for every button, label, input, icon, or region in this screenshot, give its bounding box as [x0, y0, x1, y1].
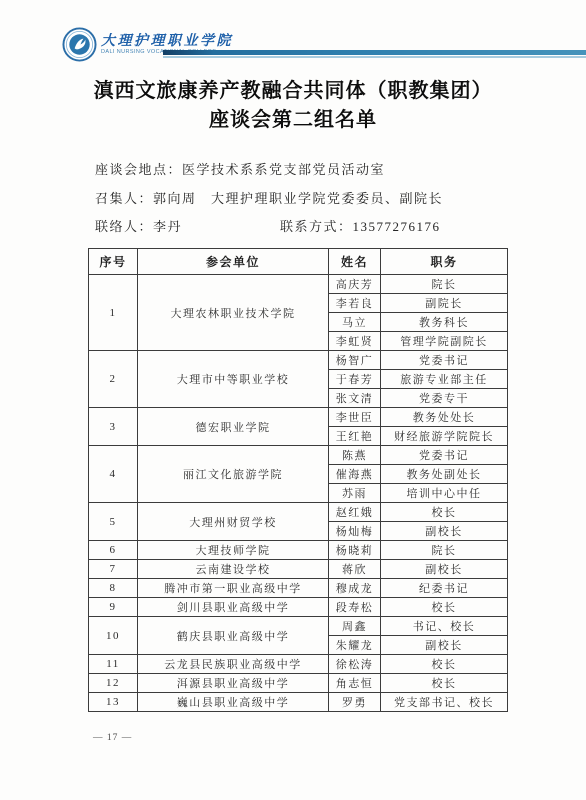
name-cell: 陈燕 — [329, 446, 381, 465]
unit-cell: 大理技师学院 — [138, 541, 329, 560]
table-row: 12洱源县职业高级中学角志恒校长 — [89, 674, 508, 693]
convener-line: 召集人：郭向周 大理护理职业学院党委委员、副院长 — [95, 185, 535, 214]
name-cell: 李若良 — [329, 294, 381, 313]
table-row: 3德宏职业学院李世臣教务处处长 — [89, 408, 508, 427]
header-rule-bar-light — [163, 56, 586, 58]
unit-cell: 洱源县职业高级中学 — [138, 674, 329, 693]
liaison-line: 联络人：李丹 联系方式：13577276176 — [95, 213, 535, 242]
name-cell: 赵红娥 — [329, 503, 381, 522]
roster-table-header: 序号 参会单位 姓名 职务 — [89, 249, 508, 275]
name-cell: 于春芳 — [329, 370, 381, 389]
name-cell: 张文清 — [329, 389, 381, 408]
title-cell: 副院长 — [381, 294, 508, 313]
title-cell: 校长 — [381, 655, 508, 674]
roster-table-body: 1大理农林职业技术学院高庆芳院长李若良副院长马立教务科长李虹贤管理学院副院长2大… — [89, 275, 508, 712]
title-line-1: 滇西文旅康养产教融合共同体（职教集团） — [0, 77, 586, 106]
title-cell: 校长 — [381, 503, 508, 522]
title-cell: 副校长 — [381, 636, 508, 655]
name-cell: 王红艳 — [329, 427, 381, 446]
name-cell: 穆成龙 — [329, 579, 381, 598]
name-cell: 朱耀龙 — [329, 636, 381, 655]
serial-cell: 1 — [89, 275, 138, 351]
name-cell: 徐松涛 — [329, 655, 381, 674]
title-cell: 教务处副处长 — [381, 465, 508, 484]
title-cell: 旅游专业部主任 — [381, 370, 508, 389]
table-row: 13巍山县职业高级中学罗勇党支部书记、校长 — [89, 693, 508, 712]
unit-cell: 丽江文化旅游学院 — [138, 446, 329, 503]
unit-cell: 云南建设学校 — [138, 560, 329, 579]
name-cell: 催海燕 — [329, 465, 381, 484]
name-cell: 高庆芳 — [329, 275, 381, 294]
title-cell: 财经旅游学院院长 — [381, 427, 508, 446]
header-rule-bar — [163, 50, 586, 55]
serial-cell: 6 — [89, 541, 138, 560]
header-row: 序号 参会单位 姓名 职务 — [89, 249, 508, 275]
table-row: 4丽江文化旅游学院陈燕党委书记 — [89, 446, 508, 465]
serial-cell: 4 — [89, 446, 138, 503]
name-cell: 周鑫 — [329, 617, 381, 636]
title-cell: 院长 — [381, 541, 508, 560]
liaison-name: 联络人：李丹 — [95, 219, 182, 234]
name-cell: 罗勇 — [329, 693, 381, 712]
serial-cell: 5 — [89, 503, 138, 541]
unit-cell: 大理农林职业技术学院 — [138, 275, 329, 351]
serial-cell: 7 — [89, 560, 138, 579]
table-row: 11云龙县民族职业高级中学徐松涛校长 — [89, 655, 508, 674]
table-row: 10鹤庆县职业高级中学周鑫书记、校长 — [89, 617, 508, 636]
serial-cell: 10 — [89, 617, 138, 655]
title-cell: 培训中心中任 — [381, 484, 508, 503]
unit-cell: 剑川县职业高级中学 — [138, 598, 329, 617]
unit-cell: 鹤庆县职业高级中学 — [138, 617, 329, 655]
college-logo-icon — [62, 27, 97, 62]
roster-table: 序号 参会单位 姓名 职务 1大理农林职业技术学院高庆芳院长李若良副院长马立教务… — [88, 248, 508, 712]
college-name: 大理护理职业学院 — [101, 30, 233, 50]
meeting-meta: 座谈会地点：医学技术系系党支部党员活动室 召集人：郭向周 大理护理职业学院党委委… — [95, 156, 535, 242]
unit-cell: 大理市中等职业学校 — [138, 351, 329, 408]
name-cell: 马立 — [329, 313, 381, 332]
name-cell: 李世臣 — [329, 408, 381, 427]
table-row: 2大理市中等职业学校杨智广党委书记 — [89, 351, 508, 370]
title-line-2: 座谈会第二组名单 — [0, 106, 586, 135]
title-cell: 书记、校长 — [381, 617, 508, 636]
document-page: 大理护理职业学院 DALI NURSING VOCATIONAL COLLEGE… — [0, 0, 586, 800]
title-cell: 纪委书记 — [381, 579, 508, 598]
unit-cell: 巍山县职业高级中学 — [138, 693, 329, 712]
table-row: 9剑川县职业高级中学段寿松校长 — [89, 598, 508, 617]
serial-cell: 8 — [89, 579, 138, 598]
table-row: 6大理技师学院杨晓莉院长 — [89, 541, 508, 560]
unit-cell: 大理州财贸学校 — [138, 503, 329, 541]
title-cell: 教务科长 — [381, 313, 508, 332]
table-row: 8腾冲市第一职业高级中学穆成龙纪委书记 — [89, 579, 508, 598]
meeting-location-line: 座谈会地点：医学技术系系党支部党员活动室 — [95, 156, 535, 185]
table-row: 7云南建设学校蒋欣副校长 — [89, 560, 508, 579]
serial-cell: 13 — [89, 693, 138, 712]
name-cell: 苏雨 — [329, 484, 381, 503]
page-number: — 17 — — [93, 733, 132, 743]
letterhead: 大理护理职业学院 DALI NURSING VOCATIONAL COLLEGE — [0, 0, 586, 70]
table-row: 1大理农林职业技术学院高庆芳院长 — [89, 275, 508, 294]
serial-cell: 9 — [89, 598, 138, 617]
header-unit: 参会单位 — [138, 249, 329, 275]
name-cell: 杨晓莉 — [329, 541, 381, 560]
name-cell: 角志恒 — [329, 674, 381, 693]
name-cell: 杨智广 — [329, 351, 381, 370]
unit-cell: 云龙县民族职业高级中学 — [138, 655, 329, 674]
serial-cell: 3 — [89, 408, 138, 446]
title-cell: 党委专干 — [381, 389, 508, 408]
title-cell: 党支部书记、校长 — [381, 693, 508, 712]
header-name: 姓名 — [329, 249, 381, 275]
header-title: 职务 — [381, 249, 508, 275]
title-cell: 党委书记 — [381, 446, 508, 465]
unit-cell: 腾冲市第一职业高级中学 — [138, 579, 329, 598]
serial-cell: 2 — [89, 351, 138, 408]
title-cell: 教务处处长 — [381, 408, 508, 427]
title-cell: 院长 — [381, 275, 508, 294]
table-row: 5大理州财贸学校赵红娥校长 — [89, 503, 508, 522]
title-cell: 副校长 — [381, 560, 508, 579]
name-cell: 蒋欣 — [329, 560, 381, 579]
name-cell: 段寿松 — [329, 598, 381, 617]
contact-phone: 联系方式：13577276176 — [280, 213, 441, 242]
title-cell: 管理学院副院长 — [381, 332, 508, 351]
serial-cell: 12 — [89, 674, 138, 693]
unit-cell: 德宏职业学院 — [138, 408, 329, 446]
name-cell: 李虹贤 — [329, 332, 381, 351]
title-cell: 党委书记 — [381, 351, 508, 370]
title-cell: 副校长 — [381, 522, 508, 541]
serial-cell: 11 — [89, 655, 138, 674]
name-cell: 杨灿梅 — [329, 522, 381, 541]
header-serial: 序号 — [89, 249, 138, 275]
title-cell: 校长 — [381, 598, 508, 617]
title-cell: 校长 — [381, 674, 508, 693]
document-title: 滇西文旅康养产教融合共同体（职教集团） 座谈会第二组名单 — [0, 77, 586, 135]
